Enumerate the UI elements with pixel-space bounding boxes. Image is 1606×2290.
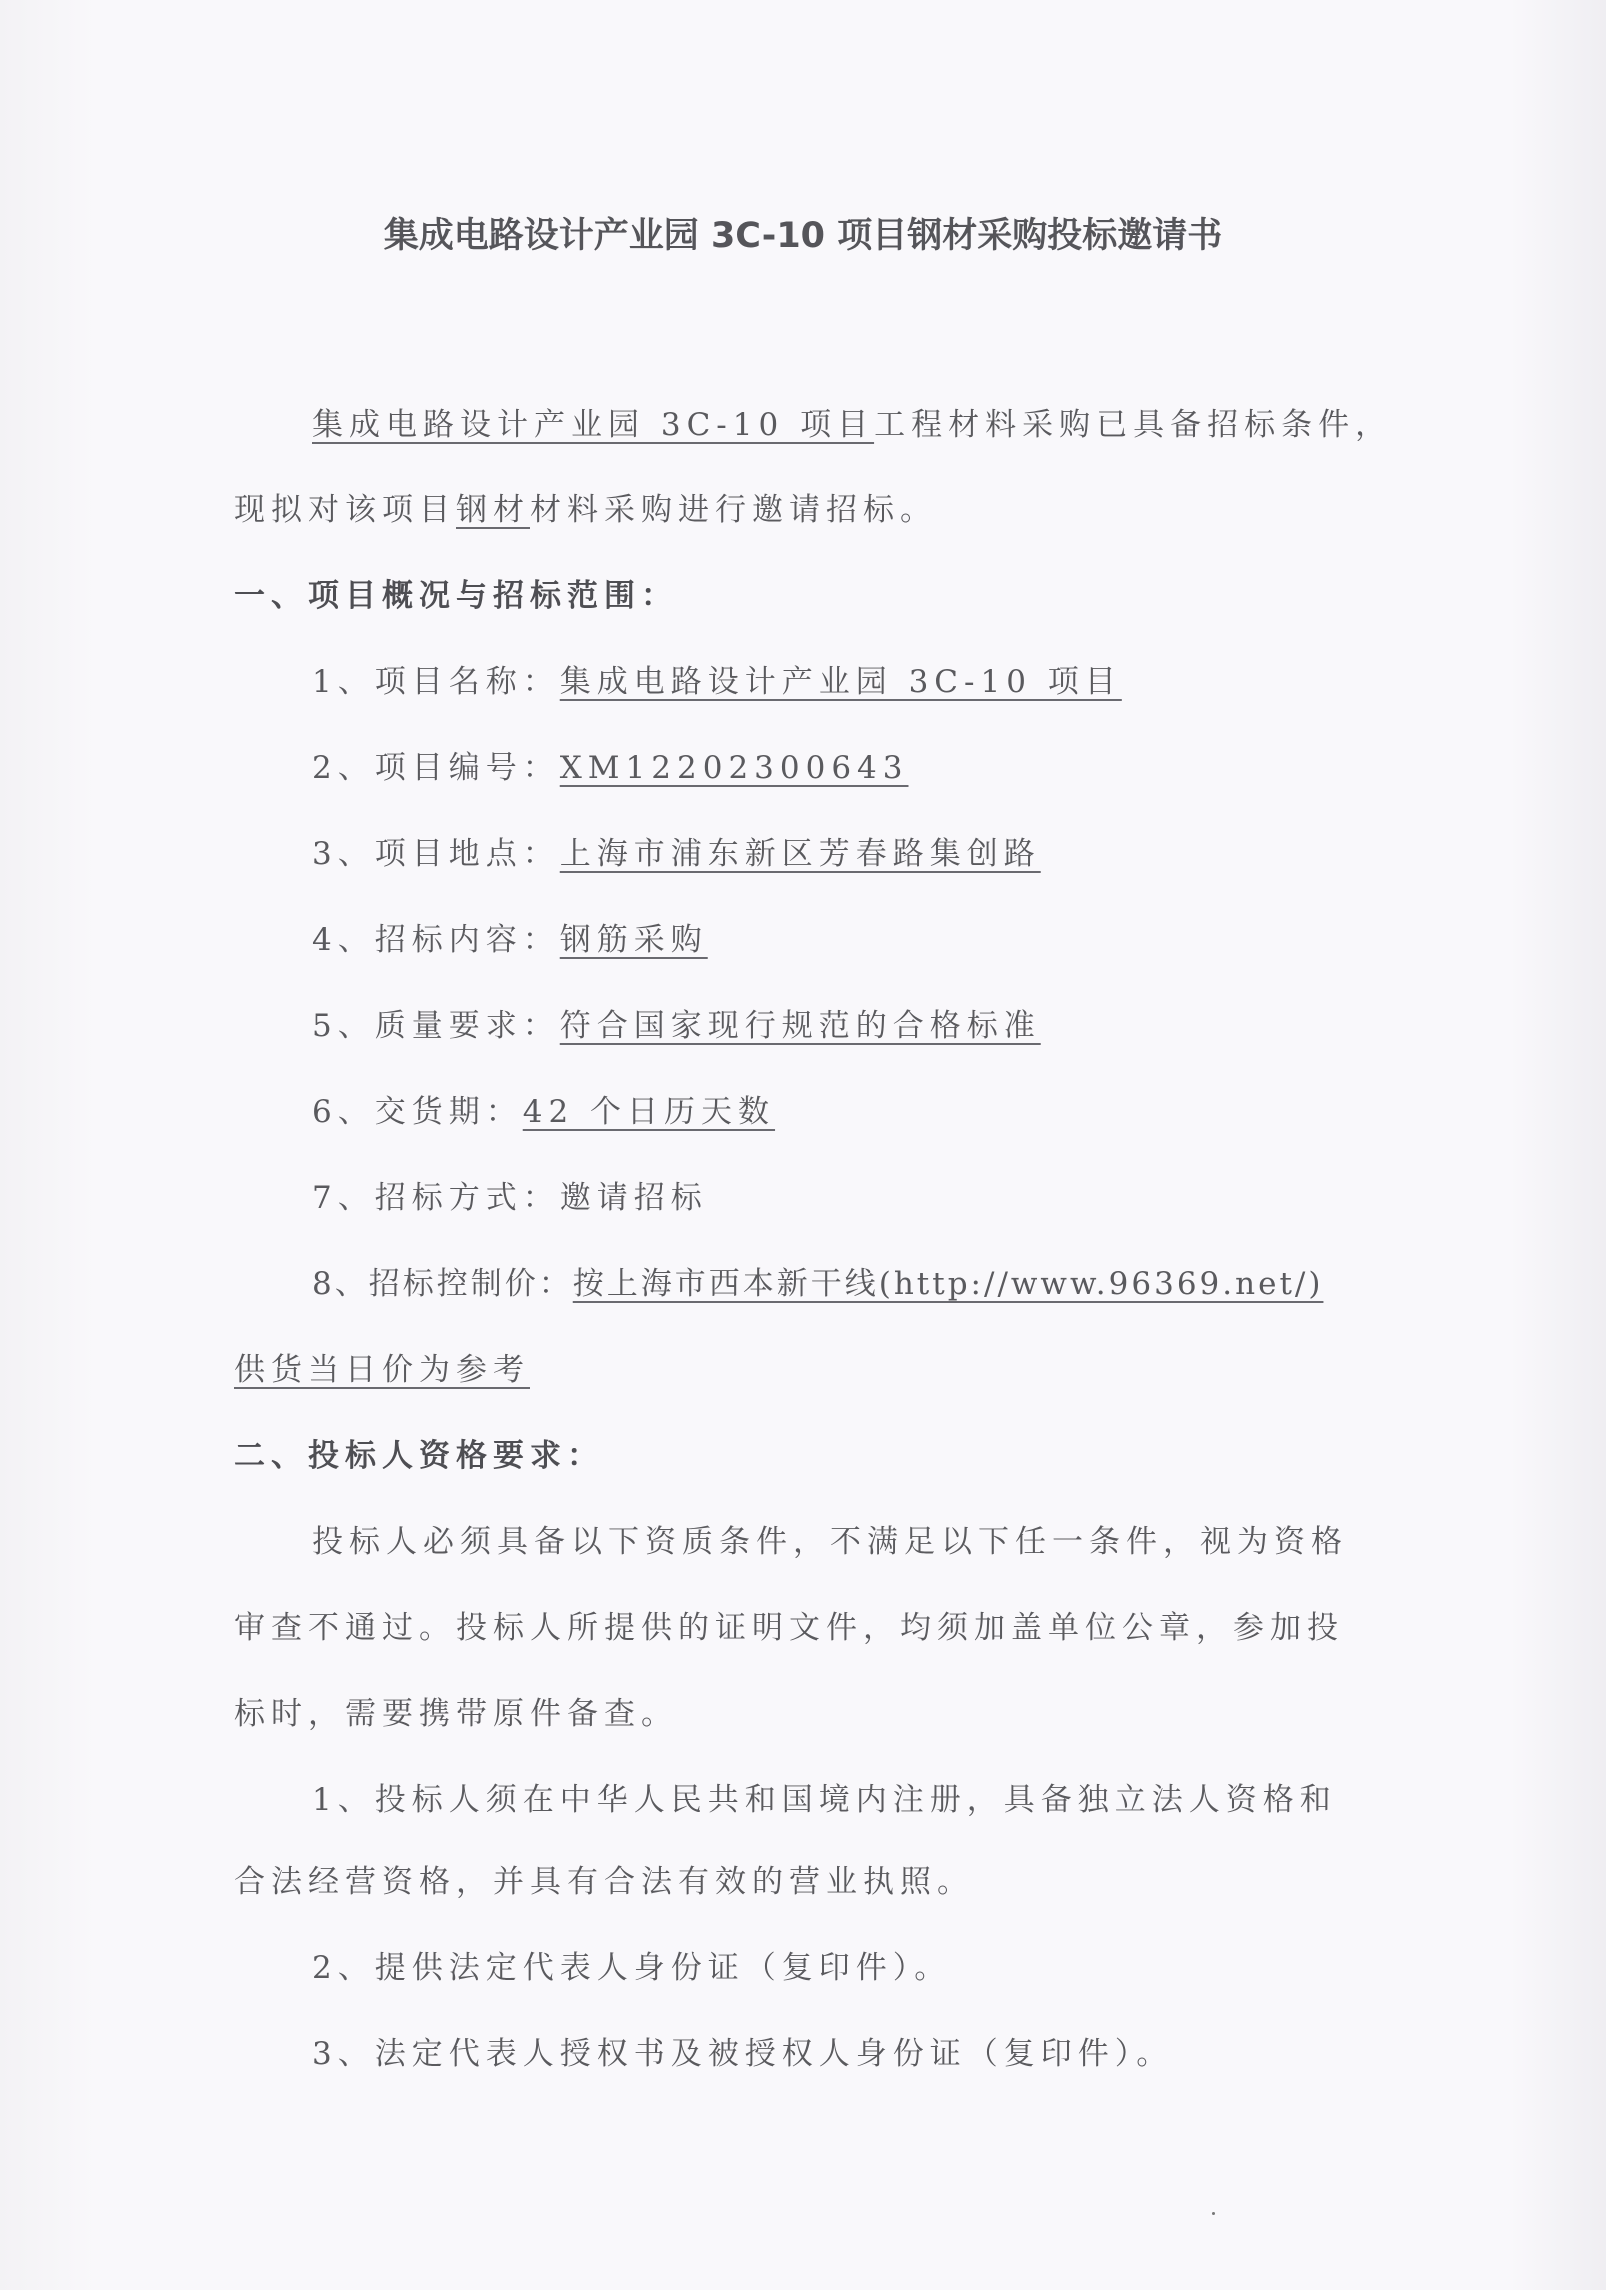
item-value: 42 个日历天数 [523,1094,775,1130]
item-value: 上海市浦东新区芳春路集创路 [560,836,1041,872]
qualification-intro-line-1: 投标人必须具备以下资质条件，不满足以下任一条件，视为资格 [312,1522,1348,1562]
requirement-3: 3、法定代表人授权书及被授权人身份证（复印件）。 [312,2034,1173,2074]
item-label: 7、招标方式： [312,1180,560,1216]
item-delivery-period: 6、交货期：42 个日历天数 [312,1092,775,1132]
item-value: XM12202300643 [560,750,909,786]
item-quality-requirement: 5、质量要求：符合国家现行规范的合格标准 [312,1006,1041,1046]
item-value-continuation: 供货当日价为参考 [234,1352,530,1388]
item-value: 按上海市西本新干线(http://www.96369.net/) [573,1266,1324,1302]
item-label: 1、项目名称： [312,664,560,700]
intro-line-2: 现拟对该项目钢材材料采购进行邀请招标。 [234,490,937,530]
item-bid-content: 4、招标内容：钢筋采购 [312,920,708,960]
intro-line-2-rest: 材料采购进行邀请招标。 [530,492,937,528]
intro-line-1: 集成电路设计产业园 3C-10 项目工程材料采购已具备招标条件， [312,405,1392,445]
item-label: 3、项目地点： [312,836,560,872]
item-project-name: 1、项目名称：集成电路设计产业园 3C-10 项目 [312,662,1122,702]
item-label: 5、质量要求： [312,1008,560,1044]
requirement-1-line-2: 合法经营资格，并具有合法有效的营业执照。 [234,1862,974,1902]
item-project-number: 2、项目编号：XM12202300643 [312,748,909,788]
qualification-intro-line-3: 标时，需要携带原件备查。 [234,1694,678,1734]
item-value: 钢筋采购 [560,922,708,958]
item-value: 集成电路设计产业园 3C-10 项目 [560,664,1122,700]
section-2-heading: 二、投标人资格要求： [234,1436,604,1476]
item-bid-method: 7、招标方式：邀请招标 [312,1178,708,1218]
scanned-page: 集成电路设计产业园 3C-10 项目钢材采购投标邀请书 集成电路设计产业园 3C… [0,0,1606,2290]
requirement-2: 2、提供法定代表人身份证（复印件）。 [312,1948,951,1988]
item-label: 6、交货期： [312,1094,523,1130]
intro-line-1-rest: 工程材料采购已具备招标条件， [874,407,1392,443]
item-control-price-continuation: 供货当日价为参考 [234,1350,530,1390]
qualification-intro-line-2: 审查不通过。投标人所提供的证明文件，均须加盖单位公章，参加投 [234,1608,1344,1648]
item-label: 8、招标控制价： [312,1266,573,1302]
item-value: 符合国家现行规范的合格标准 [560,1008,1041,1044]
item-control-price: 8、招标控制价：按上海市西本新干线(http://www.96369.net/) [312,1264,1323,1304]
intro-line-2-prefix: 现拟对该项目 [234,492,456,528]
item-label: 2、项目编号： [312,750,560,786]
document-title: 集成电路设计产业园 3C-10 项目钢材采购投标邀请书 [0,208,1606,258]
item-label: 4、招标内容： [312,922,560,958]
intro-project-name: 集成电路设计产业园 3C-10 项目 [312,407,874,443]
section-1-heading: 一、项目概况与招标范围： [234,576,678,616]
requirement-1-line-1: 1、投标人须在中华人民共和国境内注册，具备独立法人资格和 [312,1780,1337,1820]
intro-material: 钢材 [456,492,530,528]
scan-speck [1212,2212,1215,2215]
item-project-location: 3、项目地点：上海市浦东新区芳春路集创路 [312,834,1041,874]
item-value: 邀请招标 [560,1180,708,1216]
